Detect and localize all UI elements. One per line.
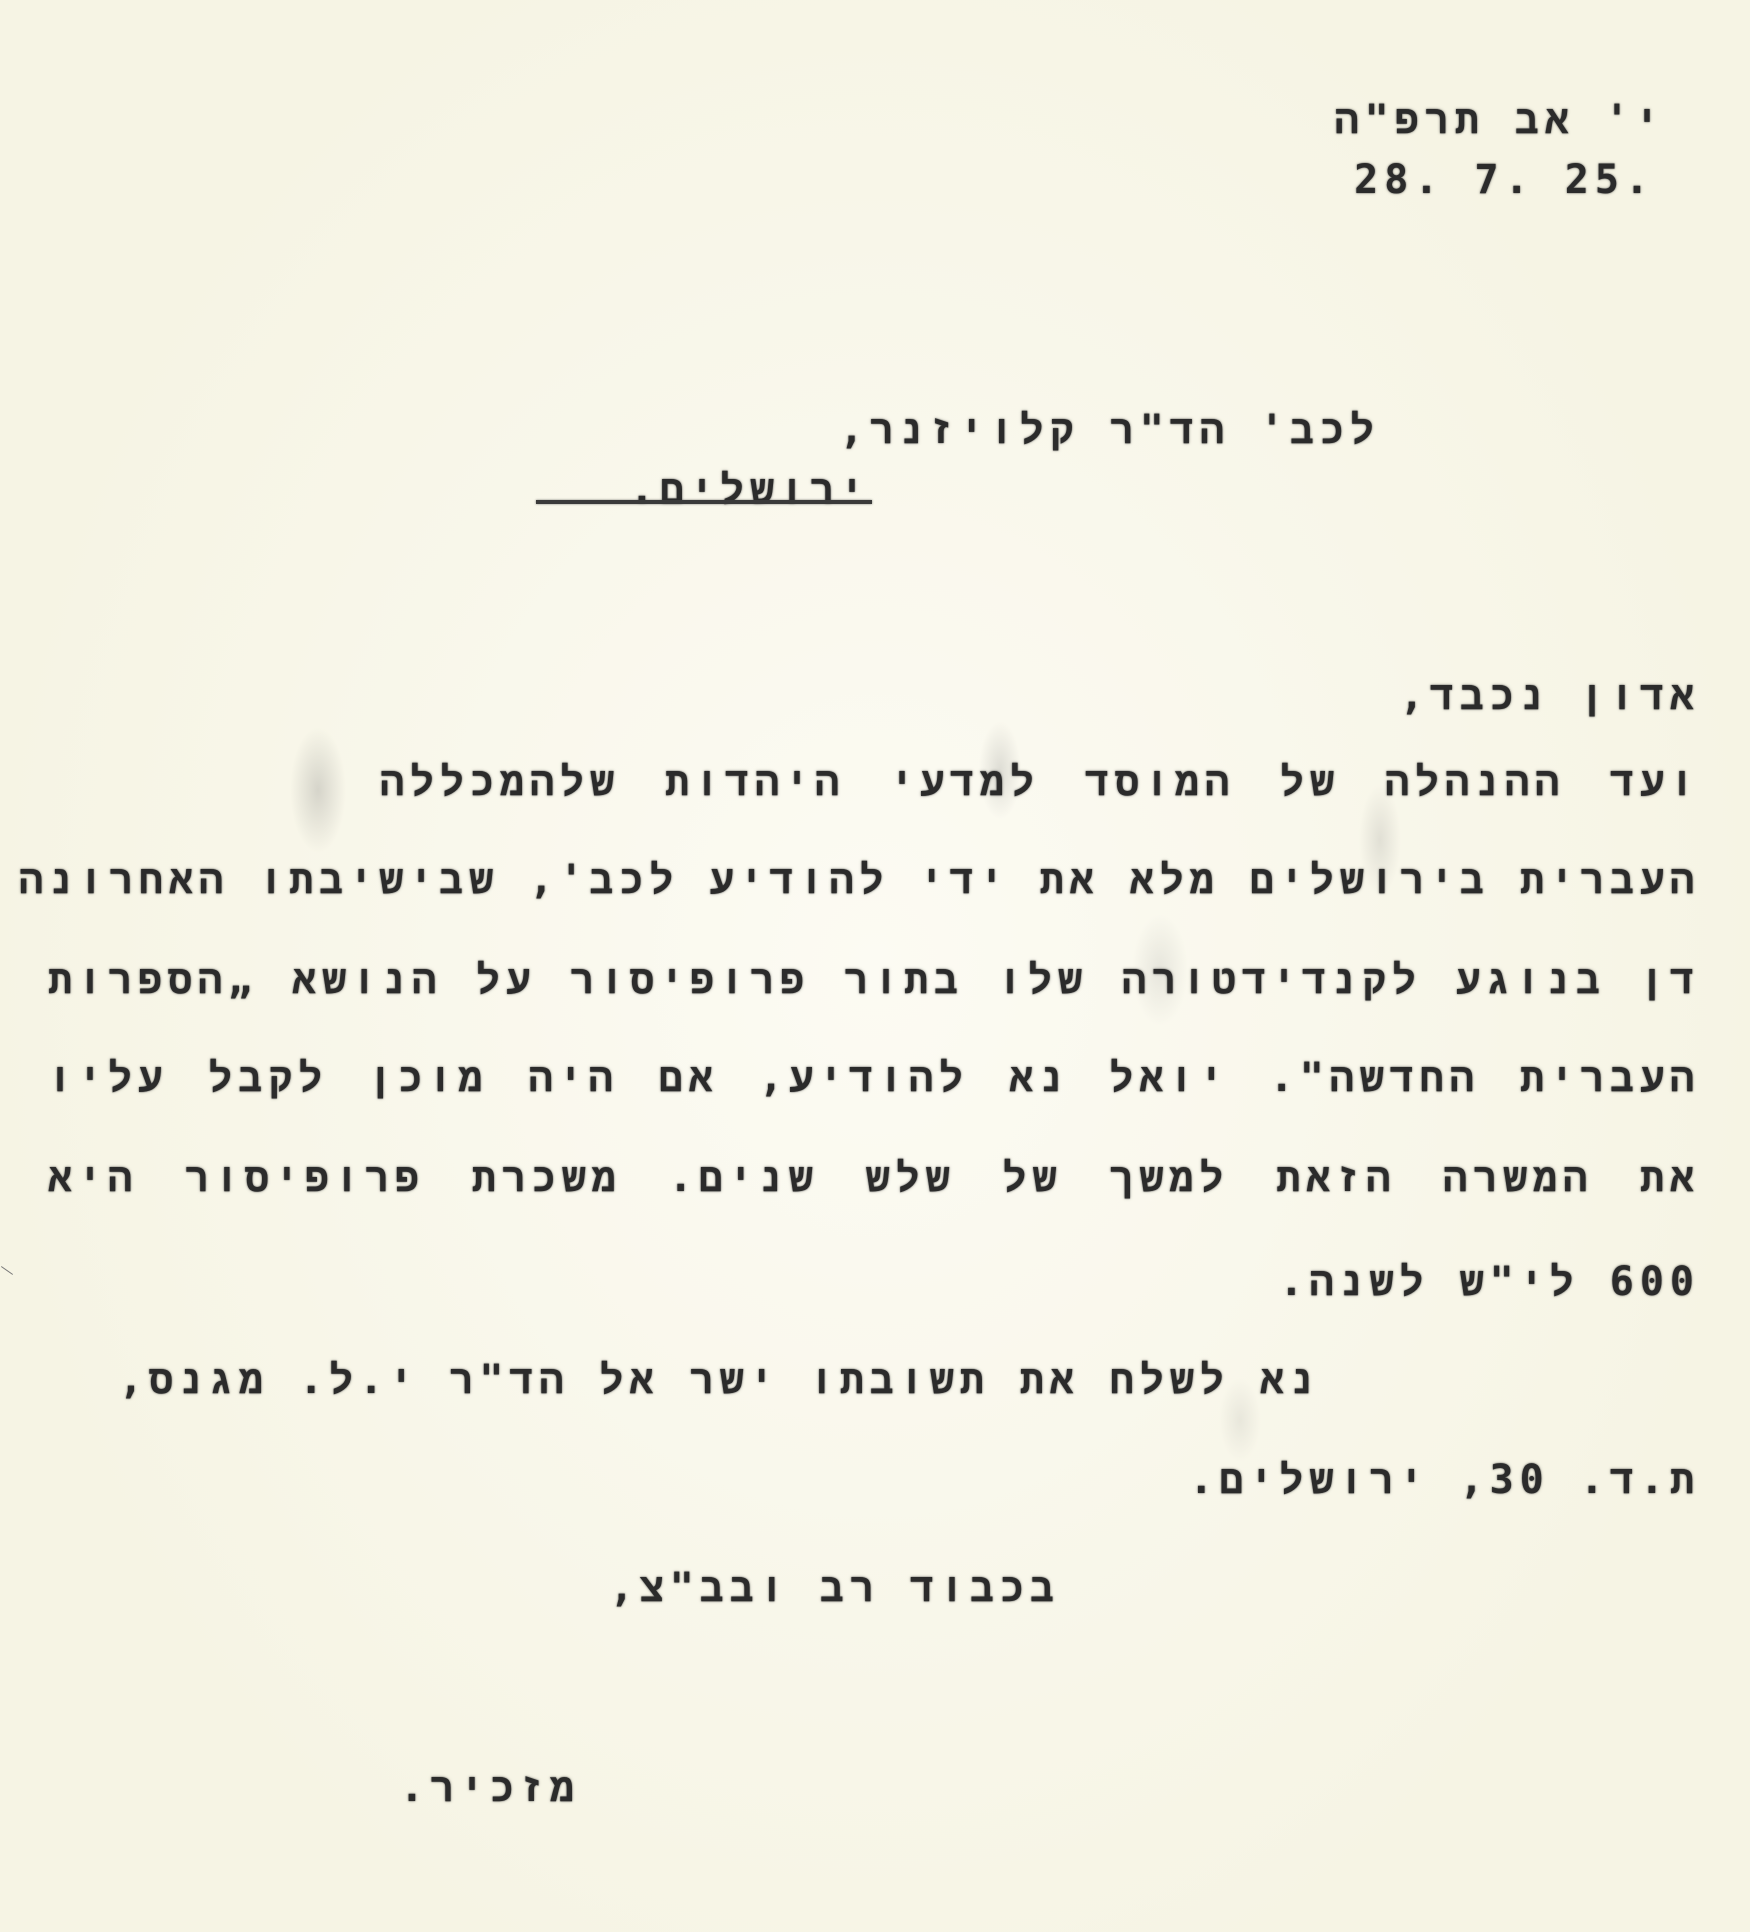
addressee-city-underline (536, 500, 872, 504)
date-hebrew: י' אב תרפ"ה (1335, 100, 1665, 140)
paragraph-1-line-6: 600 לי"ש לשנה. (1279, 1262, 1700, 1302)
salutation: אדון נכבד, (1400, 676, 1700, 716)
addressee-city: ירושלים. (630, 470, 870, 510)
addressee-name: לכב' הד"ר קלויזנר, (840, 410, 1380, 450)
paragraph-2-line-2: ת.ד. 30, ירושלים. (1189, 1460, 1700, 1500)
paragraph-1-line-1: ועד ההנהלה של המוסד למדעי היהדות שלהמכלל… (380, 762, 1700, 802)
signature: מזכיר. (400, 1768, 580, 1808)
paragraph-1-line-2: העברית בירושלים מלא את ידי להודיע לכב', … (48, 860, 1700, 900)
paragraph-1-line-3: דן בנוגע לקנדידטורה שלו בתור פרופיסור על… (48, 960, 1700, 1000)
closing: בכבוד רב ובב"צ, (610, 1568, 1060, 1608)
paragraph-2-line-1: נא לשלח את תשובתו ישר אל הד"ר י.ל. מגנס, (119, 1360, 1320, 1400)
paragraph-1-line-5: את המשרה הזאת למשך של שלש שנים. משכרת פר… (48, 1158, 1700, 1198)
date-gregorian: 28. 7. 25. (1354, 160, 1655, 200)
paragraph-1-line-4: העברית החדשה". יואל נא להודיע, אם היה מו… (48, 1058, 1700, 1098)
paper-edge-mark (1, 1266, 13, 1275)
